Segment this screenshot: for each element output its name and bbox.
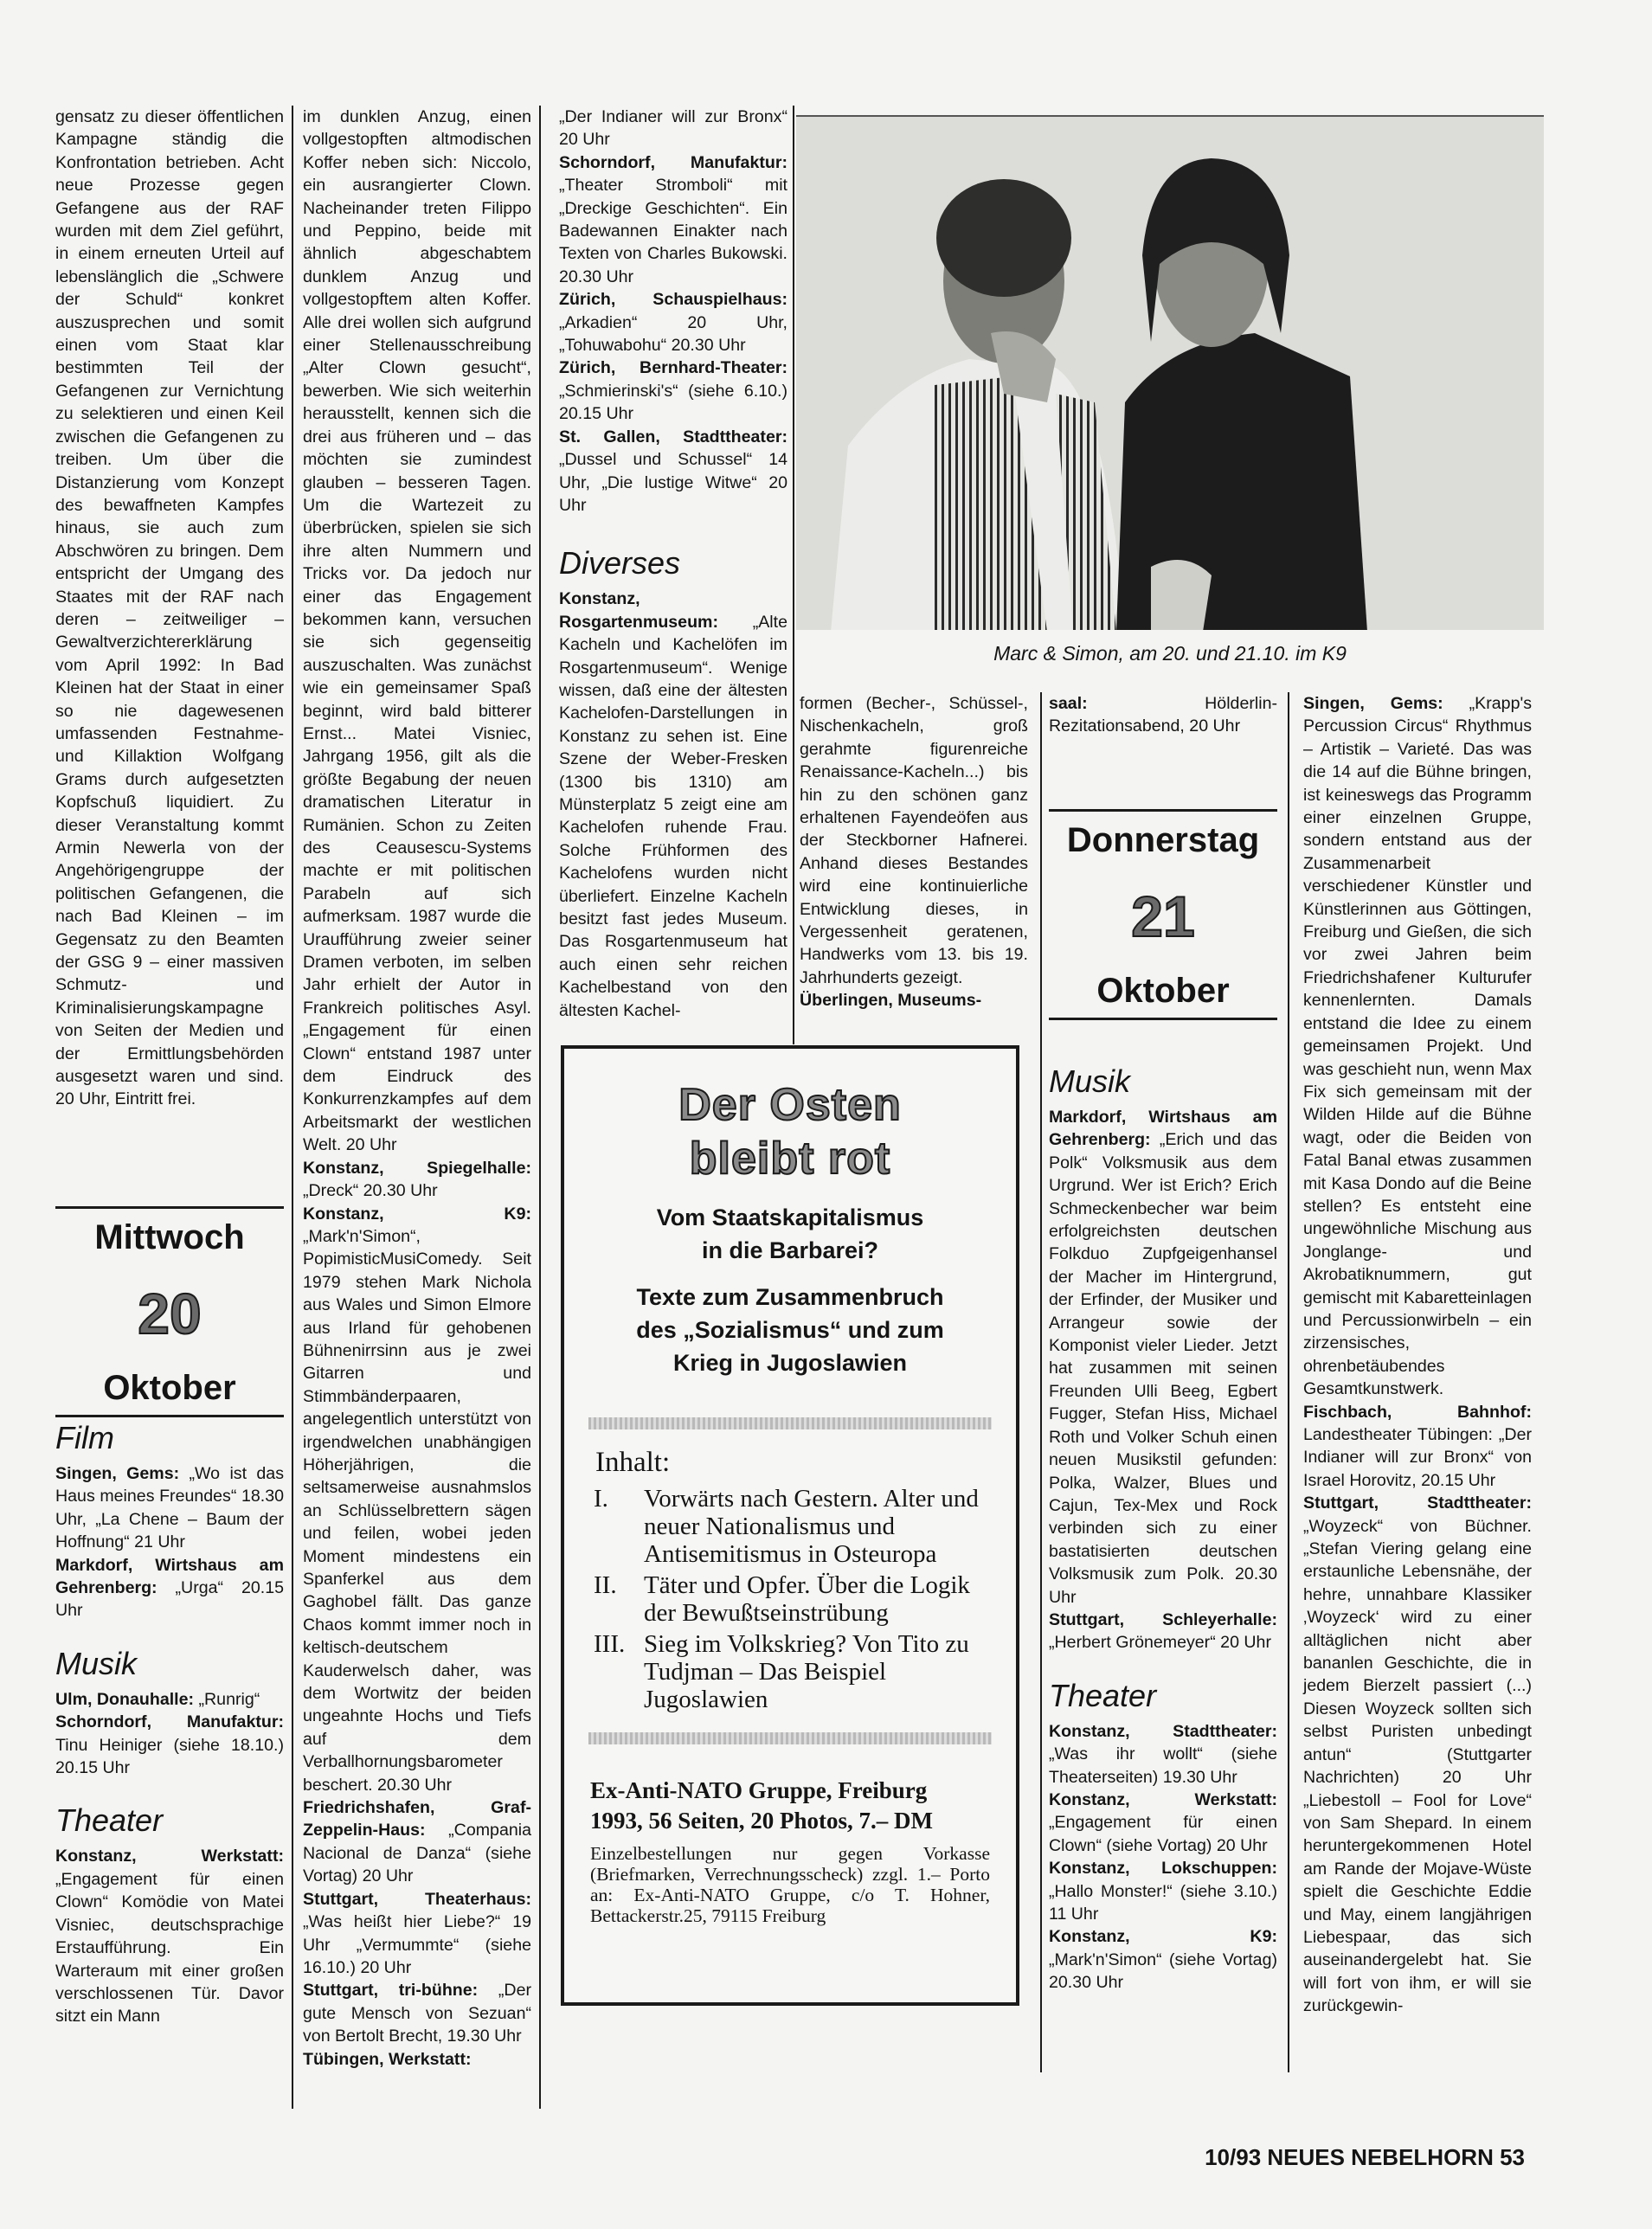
venue: Stuttgart, Theaterhaus: bbox=[303, 1890, 531, 1909]
section-heading-musik: Musik bbox=[1049, 1063, 1277, 1101]
photo-caption: Marc & Simon, am 20. und 21.10. im K9 bbox=[796, 640, 1544, 666]
toc-text: Sieg im Volkskrieg? Von Tito zu Tudjman … bbox=[644, 1630, 995, 1713]
order-info: Einzelbestellungen nur gegen Vorkasse (B… bbox=[590, 1843, 990, 1926]
venue: Konstanz, K9: bbox=[303, 1204, 531, 1224]
venue: Konstanz, Stadttheater: bbox=[1049, 1722, 1277, 1741]
venue: Konstanz, Werkstatt: bbox=[1049, 1790, 1277, 1809]
listing-entry: Schorndorf, Manufaktur: Tinu Heiniger (s… bbox=[55, 1711, 284, 1779]
divider bbox=[55, 1415, 284, 1417]
column-1-listings: Film Singen, Gems: „Wo ist das Haus mein… bbox=[55, 1419, 284, 2028]
column-rule bbox=[292, 106, 293, 2109]
venue: saal: bbox=[1049, 694, 1088, 713]
listing-entry: saal: Hölderlin-Rezitationsabend, 20 Uhr bbox=[1049, 692, 1277, 738]
column-2: im dunklen Anzug, einen vollgestopften a… bbox=[303, 106, 531, 2071]
page-footer: 10/93 NEUES NEBELHORN 53 bbox=[1205, 2143, 1525, 2171]
venue: Konstanz, K9: bbox=[1049, 1927, 1277, 1946]
column-5: saal: Hölderlin-Rezitationsabend, 20 Uhr bbox=[1049, 692, 1277, 738]
venue: St. Gallen, Stadttheater: bbox=[559, 427, 787, 446]
listing-entry: Konstanz, Werkstatt: „Engagement für ein… bbox=[1049, 1789, 1277, 1857]
listing-entry: Markdorf, Wirtshaus am Gehrenberg: „Urga… bbox=[55, 1554, 284, 1622]
section-heading-diverses: Diverses bbox=[559, 544, 787, 582]
venue: Singen, Gems: bbox=[1303, 694, 1443, 713]
listing-entry: Konstanz, K9: „Mark'n'Simon“ (siehe Vort… bbox=[1049, 1925, 1277, 1994]
article-continuation: „Der Indianer will zur Bronx“ 20 Uhr bbox=[559, 106, 787, 151]
section-heading-film: Film bbox=[55, 1419, 284, 1457]
listing-entry: St. Gallen, Stadttheater: „Dussel und Sc… bbox=[559, 426, 787, 517]
book-advertisement: Der Osten bleibt rot Vom Staatskapitalis… bbox=[561, 1045, 1019, 2006]
column-rule bbox=[539, 106, 541, 2109]
weekday-label: Donnerstag bbox=[1049, 819, 1277, 862]
listing-entry: Konstanz, K9: „Mark'n'Simon“, Popimistic… bbox=[303, 1203, 531, 1797]
article-continuation: im dunklen Anzug, einen vollgestopften a… bbox=[303, 106, 531, 1157]
listing-entry: Markdorf, Wirtshaus am Gehrenberg: „Eric… bbox=[1049, 1106, 1277, 1609]
venue: Zürich, Schauspielhaus: bbox=[559, 290, 787, 309]
photo-image bbox=[796, 117, 1544, 630]
listing-entry: Konstanz, Lokschuppen: „Hallo Monster!“ … bbox=[1049, 1857, 1277, 1925]
listing-entry: Konstanz, Stadttheater: „Was ihr wollt“ … bbox=[1049, 1720, 1277, 1789]
venue: Schorndorf, Manufaktur: bbox=[55, 1712, 284, 1731]
column-6: Singen, Gems: „Krapp's Percussion Circus… bbox=[1303, 692, 1532, 2018]
day-header-thursday: Donnerstag 21 Oktober bbox=[1049, 809, 1277, 1020]
toc-number: III. bbox=[594, 1630, 644, 1713]
listing-entry: Ulm, Donauhalle: „Runrig“ bbox=[55, 1688, 284, 1711]
venue: Ulm, Donauhalle: bbox=[55, 1690, 194, 1709]
divider bbox=[1049, 809, 1277, 812]
section-heading-musik: Musik bbox=[55, 1645, 284, 1683]
toc-number: II. bbox=[594, 1571, 644, 1627]
listing-entry: Stuttgart, Stadttheater: „Woyzeck“ von B… bbox=[1303, 1492, 1532, 2017]
toc-item: I. Vorwärts nach Gestern. Alter und neue… bbox=[594, 1485, 995, 1568]
month-label: Oktober bbox=[1049, 969, 1277, 1012]
venue: Schorndorf, Manufaktur: bbox=[559, 153, 787, 172]
toc-item: III. Sieg im Volkskrieg? Von Tito zu Tud… bbox=[594, 1630, 995, 1713]
month-label: Oktober bbox=[55, 1366, 284, 1410]
listing-entry: Singen, Gems: „Wo ist das Haus meines Fr… bbox=[55, 1462, 284, 1554]
venue: Stuttgart, Stadttheater: bbox=[1303, 1493, 1532, 1513]
section-heading-theater: Theater bbox=[1049, 1677, 1277, 1715]
listing-entry: Stuttgart, tri-bühne: „Der gute Mensch v… bbox=[303, 1979, 531, 2047]
ad-subtitle: Vom Staatskapitalismus in die Barbarei? bbox=[564, 1201, 1016, 1267]
listing-entry: Singen, Gems: „Krapp's Percussion Circus… bbox=[1303, 692, 1532, 1401]
venue: Stuttgart, Schleyerhalle: bbox=[1049, 1610, 1277, 1629]
listing-entry: Stuttgart, Theaterhaus: „Was heißt hier … bbox=[303, 1888, 531, 1980]
stipple-divider bbox=[588, 1732, 992, 1744]
divider bbox=[1049, 1018, 1277, 1020]
listing-entry: Zürich, Schauspielhaus: „Arkadien“ 20 Uh… bbox=[559, 288, 787, 357]
table-of-contents: I. Vorwärts nach Gestern. Alter und neue… bbox=[594, 1485, 995, 1713]
listing-entry: Fischbach, Bahnhof: Landestheater Tübing… bbox=[1303, 1401, 1532, 1493]
ad-title: Der Osten bleibt rot bbox=[564, 1078, 1016, 1185]
column-rule bbox=[793, 106, 794, 1044]
day-number: 20 bbox=[55, 1275, 284, 1352]
venue: Stuttgart, tri-bühne: bbox=[303, 1981, 478, 2000]
venue: Konstanz, Werkstatt: bbox=[55, 1847, 284, 1866]
listing-entry: Konstanz, Spiegelhalle: „Dreck“ 20.30 Uh… bbox=[303, 1157, 531, 1203]
column-5-listings: Musik Markdorf, Wirtshaus am Gehrenberg:… bbox=[1049, 1063, 1277, 1995]
venue: Singen, Gems: bbox=[55, 1464, 179, 1483]
toc-item: II. Täter und Opfer. Über die Logik der … bbox=[594, 1571, 995, 1627]
day-number: 21 bbox=[1049, 877, 1277, 955]
venue: Fischbach, Bahnhof: bbox=[1303, 1403, 1532, 1422]
column-3: „Der Indianer will zur Bronx“ 20 Uhr Sch… bbox=[559, 106, 787, 1022]
contents-heading: Inhalt: bbox=[595, 1445, 1016, 1480]
publisher-info: Ex-Anti-NATO Gruppe, Freiburg 1993, 56 S… bbox=[590, 1776, 990, 1836]
toc-number: I. bbox=[594, 1485, 644, 1568]
toc-text: Täter und Opfer. Über die Logik der Bewu… bbox=[644, 1571, 995, 1627]
section-heading-theater: Theater bbox=[55, 1802, 284, 1840]
divider bbox=[55, 1206, 284, 1209]
stipple-divider bbox=[588, 1417, 992, 1429]
listing-entry: Schorndorf, Manufaktur: „Theater Strombo… bbox=[559, 151, 787, 288]
venue: Zürich, Bernhard-Theater: bbox=[559, 358, 787, 377]
venue: Konstanz, Spiegelhalle: bbox=[303, 1159, 531, 1178]
column-rule bbox=[1040, 1038, 1042, 2072]
column-4: formen (Becher-, Schüssel-, Nischenkache… bbox=[800, 692, 1028, 1012]
venue: Überlingen, Museums- bbox=[800, 991, 981, 1010]
column-1: gensatz zu dieser öffentlichen Kampagne … bbox=[55, 106, 284, 1111]
listing-entry: Zürich, Bernhard-Theater: „Schmierinski'… bbox=[559, 357, 787, 425]
column-rule bbox=[1040, 692, 1042, 1038]
weekday-label: Mittwoch bbox=[55, 1216, 284, 1259]
listing-entry: Konstanz, Rosgartenmuseum: „Alte Kacheln… bbox=[559, 588, 787, 1022]
ad-subtitle-2: Texte zum Zusammenbruch des „Sozialismus… bbox=[564, 1281, 1016, 1379]
day-header-wednesday: Mittwoch 20 Oktober bbox=[55, 1206, 284, 1417]
venue: Konstanz, Lokschuppen: bbox=[1049, 1859, 1277, 1878]
column-rule bbox=[1288, 692, 1289, 2072]
venue: Konstanz, Rosgartenmuseum: bbox=[559, 589, 718, 631]
listing-entry: Stuttgart, Schleyerhalle: „Herbert Gröne… bbox=[1049, 1609, 1277, 1654]
listing-entry: Tübingen, Werkstatt: bbox=[303, 2048, 531, 2071]
photo-marc-simon bbox=[796, 115, 1544, 630]
listing-entry: Konstanz, Werkstatt: „Engagement für ein… bbox=[55, 1845, 284, 2027]
listing-entry: Friedrichshafen, Graf-Zeppelin-Haus: „Co… bbox=[303, 1796, 531, 1888]
venue: Tübingen, Werkstatt: bbox=[303, 2050, 472, 2069]
article-continuation: gensatz zu dieser öffentlichen Kampagne … bbox=[55, 106, 284, 1111]
article-continuation: formen (Becher-, Schüssel-, Nischenkache… bbox=[800, 692, 1028, 989]
listing-entry: Überlingen, Museums- bbox=[800, 989, 1028, 1012]
toc-text: Vorwärts nach Gestern. Alter und neuer N… bbox=[644, 1485, 995, 1568]
